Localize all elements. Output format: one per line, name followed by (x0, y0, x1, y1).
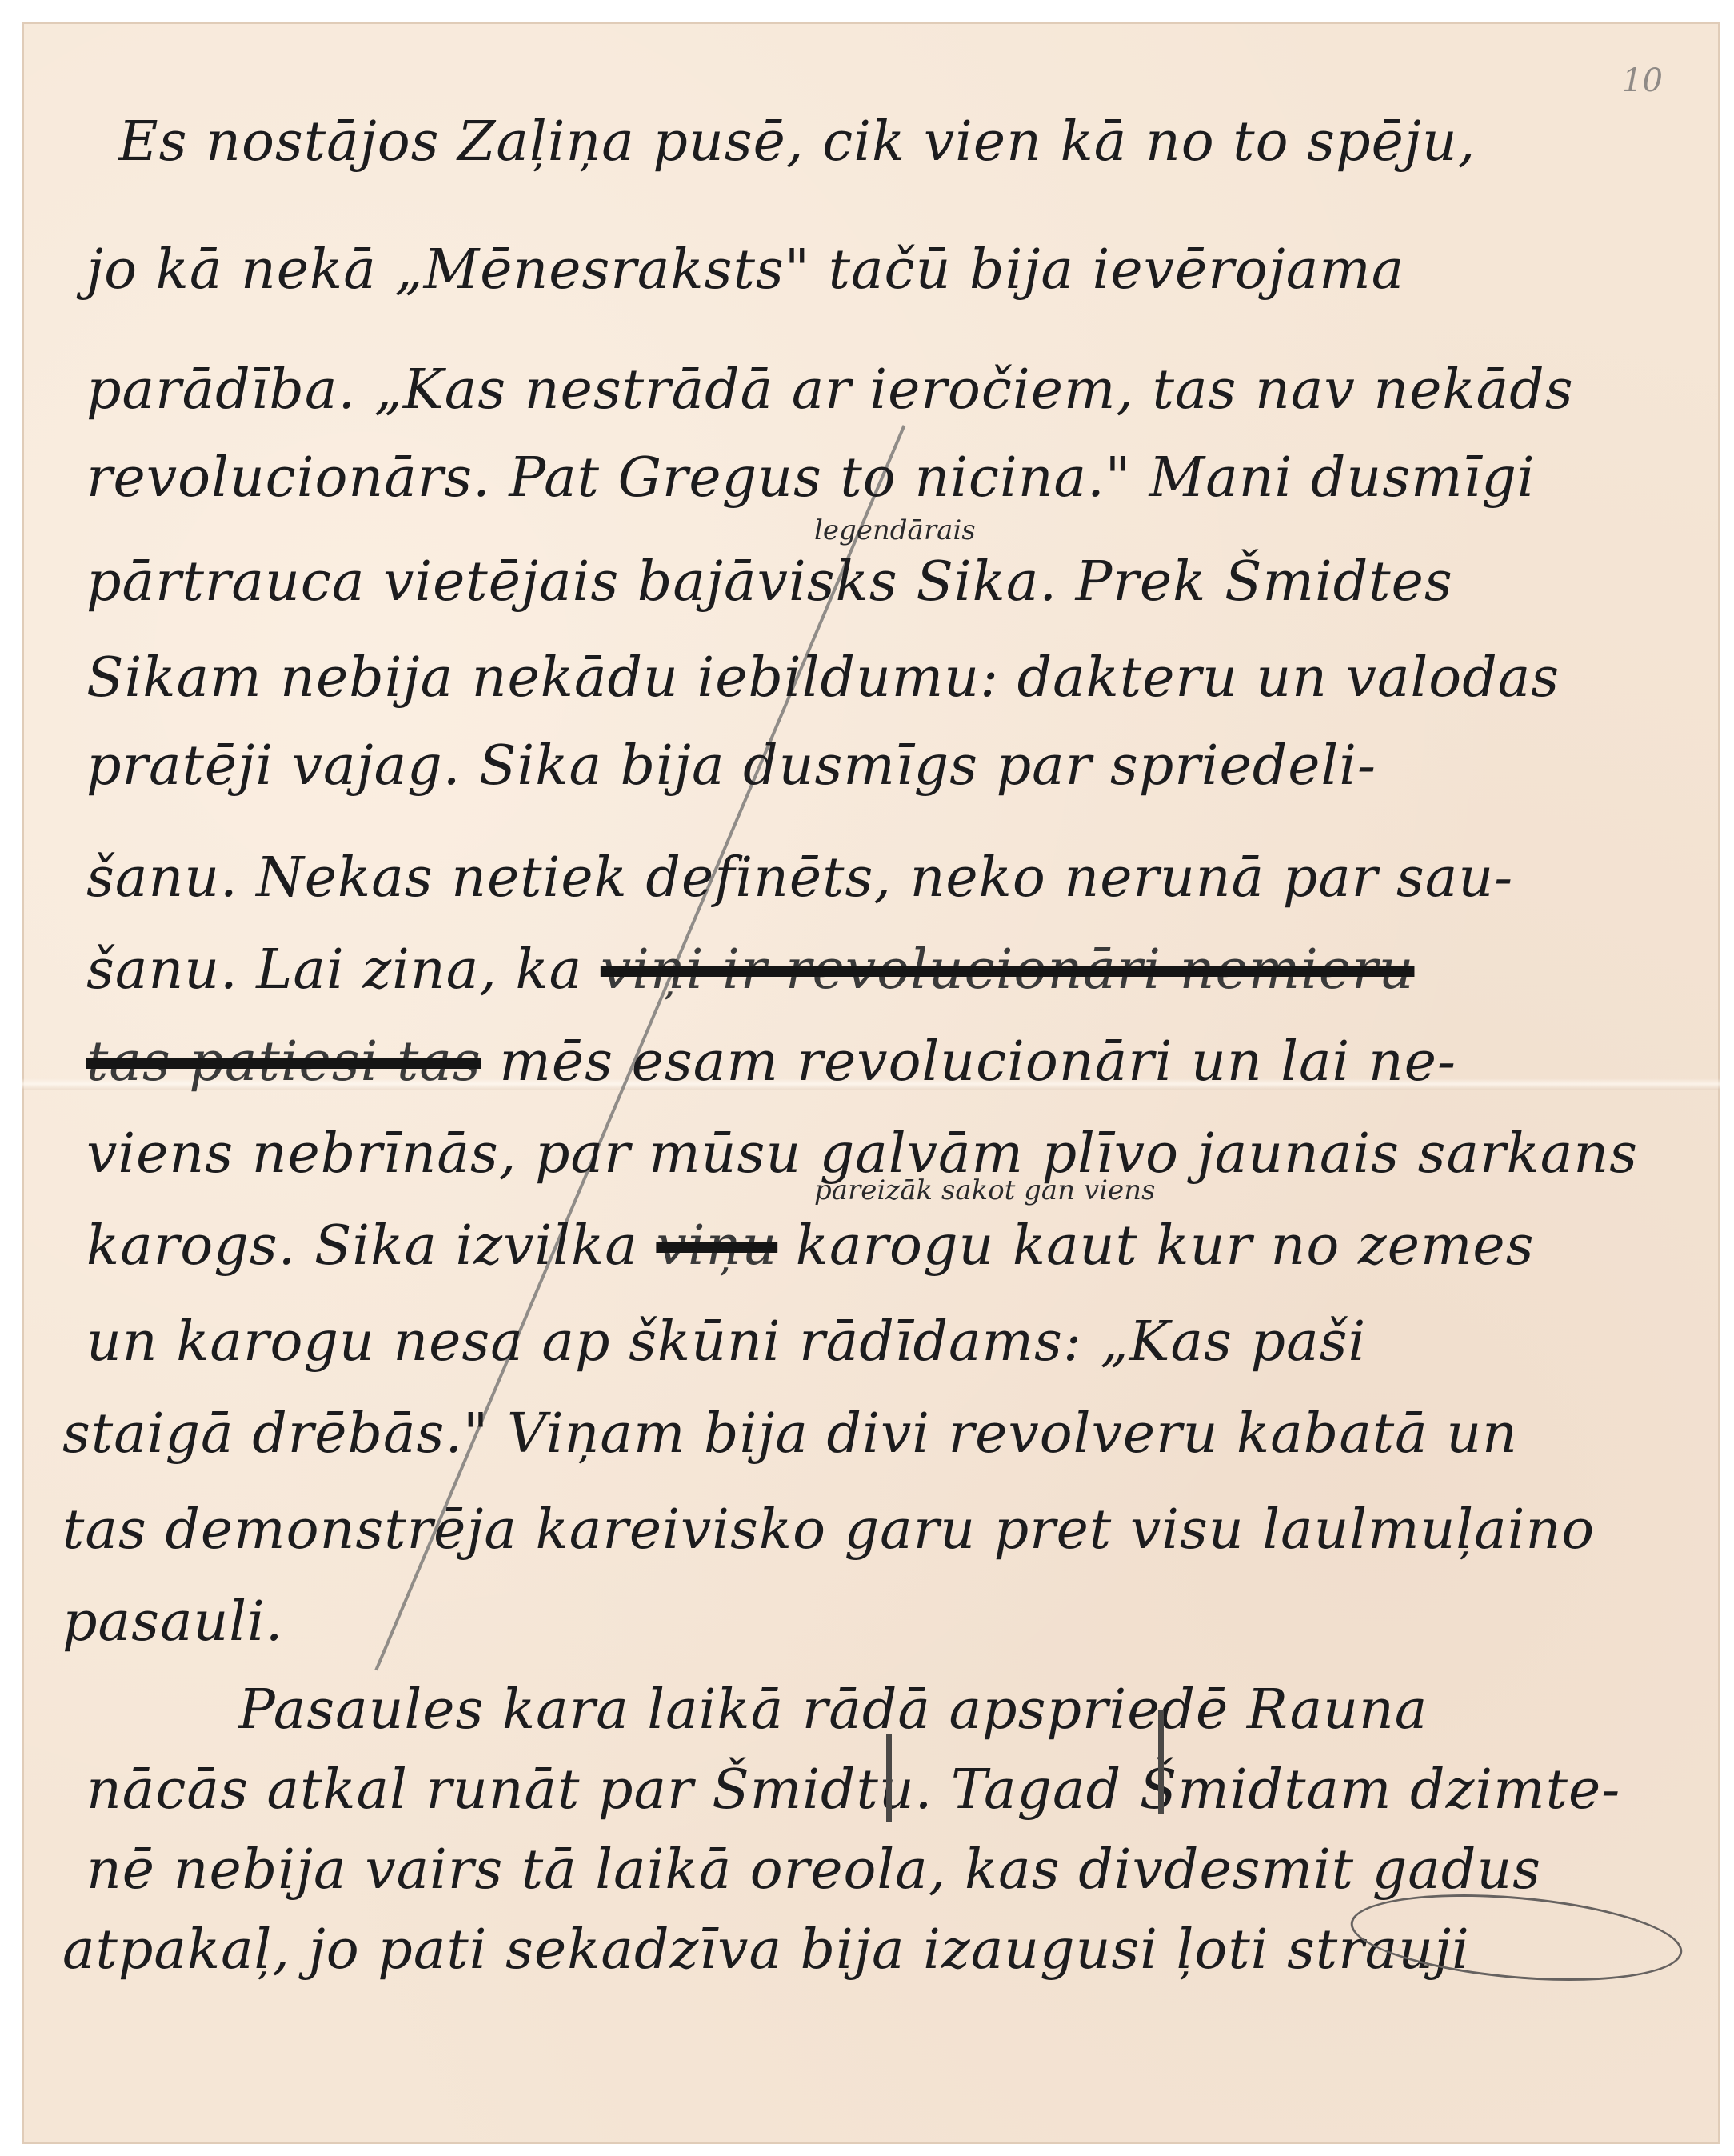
text-line-17-paragraph-start: Pasaules kara laikā rādā apspriedē Rauna (238, 1678, 1428, 1742)
struck-through-text: viņu (656, 1214, 777, 1278)
line-text: šanu. Lai zina, ka (86, 938, 582, 1002)
text-line-12: karogs. Sika izvilka viņu karogu kaut ku… (86, 1214, 1535, 1278)
pencil-mark (1158, 1710, 1164, 1814)
text-line-16: pasauli. (62, 1590, 283, 1654)
text-line-19: nē nebija vairs tā laikā oreola, kas div… (86, 1838, 1541, 1902)
text-line-1: Es nostājos Zaļiņa pusē, cik vien kā no … (118, 110, 1476, 174)
pencil-mark (886, 1734, 892, 1822)
interlinear-insertion: legendārais (814, 514, 976, 546)
text-line-14: staigā drēbās." Viņam bija divi revolver… (62, 1402, 1518, 1466)
struck-through-text: viņi ir revolucionāri nemieru (601, 938, 1415, 1002)
text-line-5: pārtrauca vietējais bajāvisks Sika. Prek… (86, 550, 1453, 614)
text-line-9: šanu. Lai zina, ka viņi ir revolucionāri… (86, 938, 1414, 1002)
line-text: mēs esam revolucionāri un lai ne- (499, 1030, 1456, 1094)
interlinear-insertion: pareizāk sakot gan viens (814, 1174, 1155, 1206)
text-line-3: parādība. „Kas nestrādā ar ieročiem, tas… (86, 358, 1574, 422)
text-line-8: šanu. Nekas netiek definēts, neko nerunā… (86, 846, 1513, 910)
text-line-13: un karogu nesa ap škūni rādīdams: „Kas p… (86, 1310, 1366, 1374)
text-line-2: jo kā nekā „Mēnesraksts" tačū bija ievēr… (86, 238, 1404, 302)
manuscript-page: 10 Es nostājos Zaļiņa pusē, cik vien kā … (22, 22, 1720, 2144)
text-line-6: Sikam nebija nekādu iebildumu: dakteru u… (86, 646, 1560, 710)
text-line-10: tas patiesi tas mēs esam revolucionāri u… (86, 1030, 1456, 1094)
page-number: 10 (1622, 62, 1663, 99)
line-text: atpakaļ, jo pati sekadzīva bija izaugusi (62, 1918, 1158, 1982)
text-line-15: tas demonstrēja kareivisko garu pret vis… (62, 1498, 1595, 1562)
line-text-continued: karogu kaut kur no zemes (796, 1214, 1535, 1278)
struck-through-text: tas patiesi tas (86, 1030, 481, 1094)
text-line-20: atpakaļ, jo pati sekadzīva bija izaugusi… (62, 1918, 1470, 1982)
line-text: karogs. Sika izvilka (86, 1214, 638, 1278)
text-line-7: pratēji vajag. Sika bija dusmīgs par spr… (86, 734, 1376, 798)
text-line-4: revolucionārs. Pat Gregus to nicina." Ma… (86, 446, 1536, 510)
text-line-18: nācās atkal runāt par Šmidtu. Tagad Šmid… (86, 1758, 1620, 1822)
